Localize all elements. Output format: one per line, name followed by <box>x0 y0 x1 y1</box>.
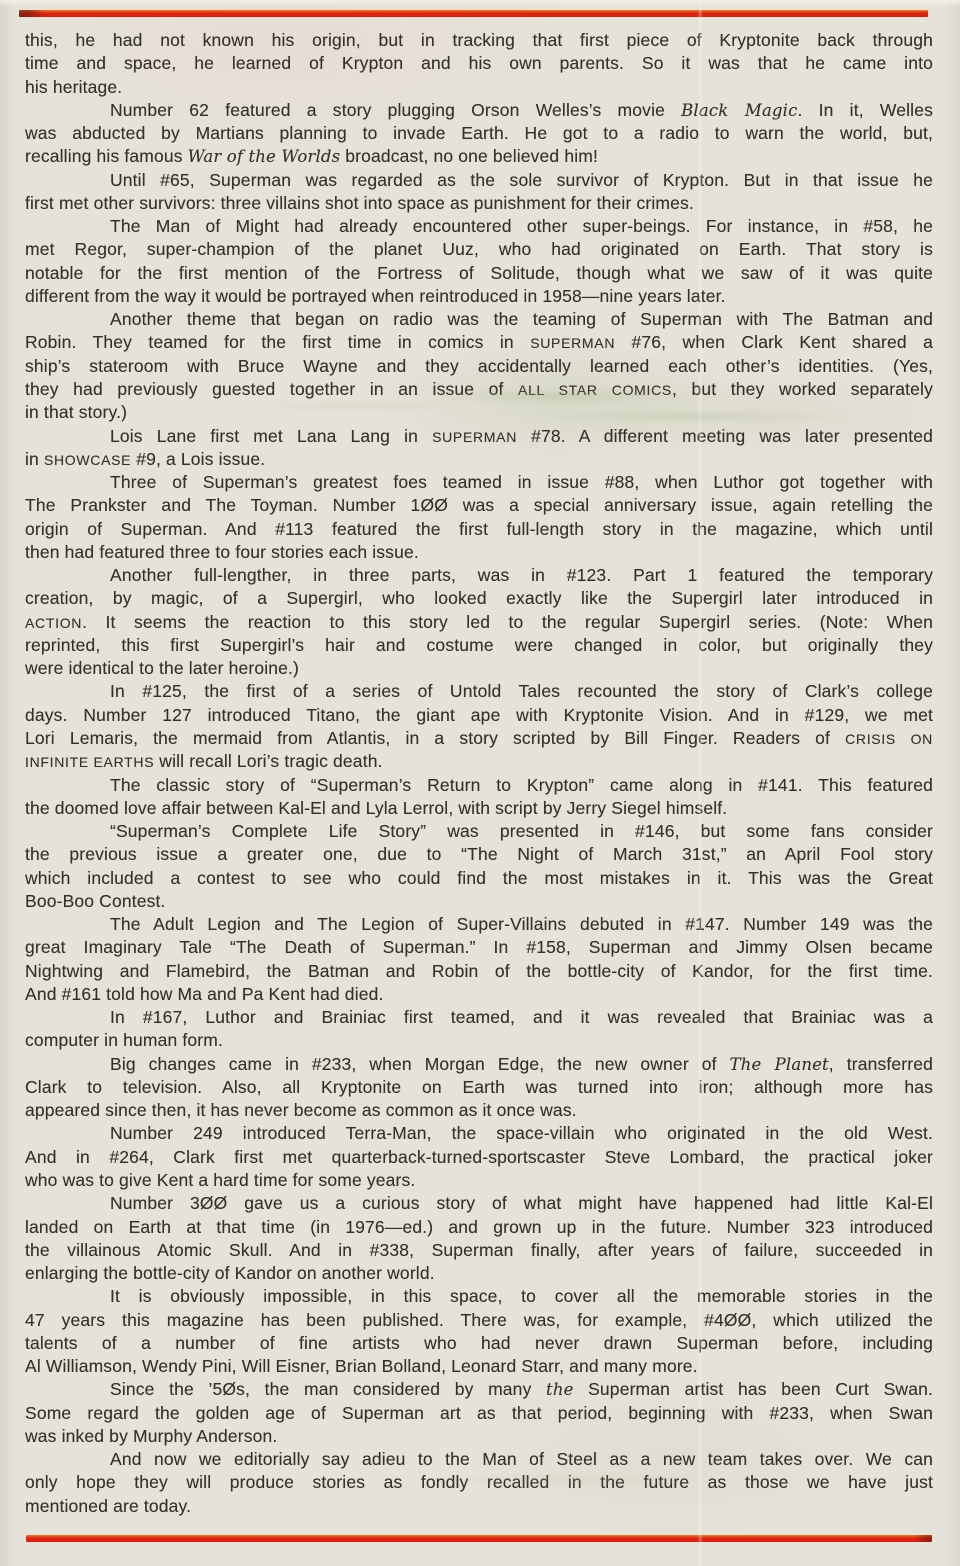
body-text: computer in human form. <box>25 1030 223 1050</box>
text-line: ship’s stateroom with Bruce Wayne and th… <box>25 355 933 378</box>
body-text: In #125, the first of a series of Untold… <box>110 681 933 701</box>
body-text: only hope they will produce stories as f… <box>25 1472 933 1492</box>
body-text: Number 3ØØ gave us a curious story of wh… <box>110 1193 933 1213</box>
article-text: this, he had not known his origin, but i… <box>25 29 933 1518</box>
body-text: Clark to television. Also, all Kryptonit… <box>25 1077 933 1097</box>
body-text: notable for the first mention of the For… <box>25 263 933 283</box>
paragraph: Number 62 featured a story plugging Orso… <box>25 99 933 169</box>
body-text: The Prankster and The Toyman. Number 1ØØ… <box>25 495 933 515</box>
text-line: then had featured three to four stories … <box>25 541 933 564</box>
paragraph: Lois Lane first met Lana Lang in SUPERMA… <box>25 425 933 472</box>
body-text: The Man of Might had already encountered… <box>110 216 933 236</box>
text-line: enlarging the bottle-city of Kandor on a… <box>25 1262 933 1285</box>
text-line: “Superman’s Complete Life Story” was pre… <box>25 820 933 843</box>
body-text: Robin. They teamed for the first time in… <box>25 332 530 352</box>
text-line: time and space, he learned of Krypton an… <box>25 52 933 75</box>
text-line: talents of a number of fine artists who … <box>25 1332 933 1355</box>
text-line: Until #65, Superman was regarded as the … <box>25 169 933 192</box>
body-text: #76, when Clark Kent shared a <box>615 332 933 352</box>
text-line: mentioned are today. <box>25 1495 933 1518</box>
scanned-magazine-page: this, he had not known his origin, but i… <box>0 0 960 1566</box>
paragraph: In #125, the first of a series of Untold… <box>25 680 933 773</box>
body-text: appeared since then, it has never become… <box>25 1100 577 1120</box>
body-text: Until #65, Superman was regarded as the … <box>110 170 933 190</box>
text-line: reprinted, this first Supergirl’s hair a… <box>25 634 933 657</box>
body-text: Some regard the golden age of Superman a… <box>25 1403 933 1423</box>
paragraph: Another theme that began on radio was th… <box>25 308 933 424</box>
body-text: reprinted, this first Supergirl’s hair a… <box>25 635 933 655</box>
text-line: Lois Lane first met Lana Lang in SUPERMA… <box>25 425 933 448</box>
body-text: “Superman’s Complete Life Story” was pre… <box>110 821 933 841</box>
paragraph: Big changes came in #233, when Morgan Ed… <box>25 1053 933 1123</box>
text-line: recalling his famous War of the Worlds b… <box>25 145 933 168</box>
body-text: this, he had not known his origin, but i… <box>25 30 933 50</box>
text-line: Al Williamson, Wendy Pini, Will Eisner, … <box>25 1355 933 1378</box>
body-text: time and space, he learned of Krypton an… <box>25 53 933 73</box>
paragraph: Number 249 introduced Terra-Man, the spa… <box>25 1122 933 1192</box>
paragraph: The classic story of “Superman’s Return … <box>25 774 933 821</box>
body-text: Another theme that began on radio was th… <box>110 309 933 329</box>
text-line: Since the ’5Øs, the man considered by ma… <box>25 1378 933 1401</box>
body-text: And in #264, Clark first met quarterback… <box>25 1147 933 1167</box>
smallcaps-title-text: INFINITE EARTHS <box>25 754 154 770</box>
text-line: first met other survivors: three villain… <box>25 192 933 215</box>
body-text: Lori Lemaris, the mermaid from Atlantis,… <box>25 728 845 748</box>
body-text: great Imaginary Tale “The Death of Super… <box>25 937 933 957</box>
text-line: Three of Superman’s greatest foes teamed… <box>25 471 933 494</box>
body-text: In #167, Luthor and Brainiac first teame… <box>110 1007 933 1027</box>
text-line: INFINITE EARTHS will recall Lori’s tragi… <box>25 750 933 773</box>
text-line: in that story.) <box>25 401 933 424</box>
body-text: was abducted by Martians planning to inv… <box>25 123 933 143</box>
paragraph: Three of Superman’s greatest foes teamed… <box>25 471 933 564</box>
text-line: The Man of Might had already encountered… <box>25 215 933 238</box>
text-line: Another full-lengther, in three parts, w… <box>25 564 933 587</box>
smallcaps-title-text: CRISIS ON <box>845 731 933 747</box>
text-line: was inked by Murphy Anderson. <box>25 1425 933 1448</box>
paragraph: And now we editorially say adieu to the … <box>25 1448 933 1518</box>
text-line: And in #264, Clark first met quarterback… <box>25 1146 933 1169</box>
text-line: landed on Earth at that time (in 1976—ed… <box>25 1216 933 1239</box>
body-text: the villainous Atomic Skull. And in #338… <box>25 1240 933 1260</box>
body-text: , transferred <box>829 1054 933 1074</box>
text-line: Number 249 introduced Terra-Man, the spa… <box>25 1122 933 1145</box>
italic-text: Black Magic <box>681 101 797 120</box>
body-text: #78. A different meeting was later prese… <box>517 426 933 446</box>
text-line: which included a contest to see who coul… <box>25 867 933 890</box>
body-text: enlarging the bottle-city of Kandor on a… <box>25 1263 435 1283</box>
body-text: who was to give Kent a hard time for som… <box>25 1170 415 1190</box>
text-line: origin of Superman. And #113 featured th… <box>25 518 933 541</box>
text-line: great Imaginary Tale “The Death of Super… <box>25 936 933 959</box>
body-text: Number 249 introduced Terra-Man, the spa… <box>110 1123 933 1143</box>
text-line: Another theme that began on radio was th… <box>25 308 933 331</box>
text-line: In #125, the first of a series of Untold… <box>25 680 933 703</box>
body-text: landed on Earth at that time (in 1976—ed… <box>25 1217 933 1237</box>
text-line: Robin. They teamed for the first time in… <box>25 331 933 354</box>
body-text: Another full-lengther, in three parts, w… <box>110 565 933 585</box>
body-text: Since the ’5Øs, the man considered by ma… <box>110 1379 546 1399</box>
body-text: will recall Lori’s tragic death. <box>154 751 382 771</box>
text-line: met Regor, super-champion of the planet … <box>25 238 933 261</box>
text-line: were identical to the later heroine.) <box>25 657 933 680</box>
text-line: Boo-Boo Contest. <box>25 890 933 913</box>
italic-text: the <box>546 1380 573 1399</box>
text-line: And #161 told how Ma and Pa Kent had die… <box>25 983 933 1006</box>
text-line: It is obviously impossible, in this spac… <box>25 1285 933 1308</box>
body-text: 47 years this magazine has been publishe… <box>25 1310 933 1330</box>
body-text: broadcast, no one believed him! <box>340 146 598 166</box>
text-line: Clark to television. Also, all Kryptonit… <box>25 1076 933 1099</box>
body-text: Boo-Boo Contest. <box>25 891 166 911</box>
body-text: The classic story of “Superman’s Return … <box>110 775 933 795</box>
text-line: In #167, Luthor and Brainiac first teame… <box>25 1006 933 1029</box>
body-text: they had previously guested together in … <box>25 379 518 399</box>
paragraph: The Man of Might had already encountered… <box>25 215 933 308</box>
paragraph: It is obviously impossible, in this spac… <box>25 1285 933 1378</box>
body-text: different from the way it would be portr… <box>25 286 726 306</box>
text-line: creation, by magic, of a Supergirl, who … <box>25 587 933 610</box>
body-text: in <box>25 449 44 469</box>
paragraph: Since the ’5Øs, the man considered by ma… <box>25 1378 933 1448</box>
text-line: in SHOWCASE #9, a Lois issue. <box>25 448 933 471</box>
body-text: And now we editorially say adieu to the … <box>110 1449 933 1469</box>
text-line: days. Number 127 introduced Titano, the … <box>25 704 933 727</box>
body-text: recalling his famous <box>25 146 188 166</box>
smallcaps-title-text: SUPERMAN <box>530 335 615 351</box>
text-line: notable for the first mention of the For… <box>25 262 933 285</box>
body-text: . In it, Welles <box>797 100 933 120</box>
text-line: 47 years this magazine has been publishe… <box>25 1309 933 1332</box>
text-line: And now we editorially say adieu to the … <box>25 1448 933 1471</box>
body-text: his heritage. <box>25 77 122 97</box>
body-text: ship’s stateroom with Bruce Wayne and th… <box>25 356 933 376</box>
italic-text: War of the Worlds <box>188 147 341 166</box>
paragraph: Number 3ØØ gave us a curious story of wh… <box>25 1192 933 1285</box>
body-text: And #161 told how Ma and Pa Kent had die… <box>25 984 384 1004</box>
body-text: met Regor, super-champion of the planet … <box>25 239 933 259</box>
body-text: talents of a number of fine artists who … <box>25 1333 933 1353</box>
body-text: days. Number 127 introduced Titano, the … <box>25 705 933 725</box>
text-line: The Adult Legion and The Legion of Super… <box>25 913 933 936</box>
body-text: , but they worked separately <box>672 379 933 399</box>
paragraph: In #167, Luthor and Brainiac first teame… <box>25 1006 933 1053</box>
body-text: mentioned are today. <box>25 1496 191 1516</box>
body-text: Three of Superman’s greatest foes teamed… <box>110 472 933 492</box>
body-text: origin of Superman. And #113 featured th… <box>25 519 933 539</box>
text-line: appeared since then, it has never become… <box>25 1099 933 1122</box>
smallcaps-title-text: ALL STAR COMICS <box>518 382 672 398</box>
text-line: only hope they will produce stories as f… <box>25 1471 933 1494</box>
body-text: Superman artist has been Curt Swan. <box>574 1379 933 1399</box>
body-text: the doomed love affair between Kal-El an… <box>25 798 727 818</box>
text-line: ACTION. It seems the reaction to this st… <box>25 611 933 634</box>
body-text: Big changes came in #233, when Morgan Ed… <box>110 1054 730 1074</box>
body-text: was inked by Murphy Anderson. <box>25 1426 277 1446</box>
text-line: was abducted by Martians planning to inv… <box>25 122 933 145</box>
text-line: they had previously guested together in … <box>25 378 933 401</box>
text-line: the doomed love affair between Kal-El an… <box>25 797 933 820</box>
smallcaps-title-text: ACTION <box>25 615 82 631</box>
text-line: different from the way it would be portr… <box>25 285 933 308</box>
body-text: Lois Lane first met Lana Lang in <box>110 426 432 446</box>
text-line: the villainous Atomic Skull. And in #338… <box>25 1239 933 1262</box>
text-line: Lori Lemaris, the mermaid from Atlantis,… <box>25 727 933 750</box>
text-line: The classic story of “Superman’s Return … <box>25 774 933 797</box>
body-text: . It seems the reaction to this story le… <box>82 612 933 632</box>
paragraph: this, he had not known his origin, but i… <box>25 29 933 99</box>
text-line: computer in human form. <box>25 1029 933 1052</box>
body-text: creation, by magic, of a Supergirl, who … <box>25 588 933 608</box>
body-text: first met other survivors: three villain… <box>25 193 694 213</box>
body-text: Al Williamson, Wendy Pini, Will Eisner, … <box>25 1356 698 1376</box>
body-text: which included a contest to see who coul… <box>25 868 933 888</box>
text-line: who was to give Kent a hard time for som… <box>25 1169 933 1192</box>
smallcaps-title-text: SUPERMAN <box>432 429 517 445</box>
top-red-rule <box>19 10 928 17</box>
text-line: his heritage. <box>25 76 933 99</box>
body-text: It is obviously impossible, in this spac… <box>110 1286 933 1306</box>
text-line: this, he had not known his origin, but i… <box>25 29 933 52</box>
smallcaps-title-text: SHOWCASE <box>44 452 131 468</box>
text-line: Number 3ØØ gave us a curious story of wh… <box>25 1192 933 1215</box>
italic-text: The Planet <box>730 1055 829 1074</box>
text-line: the previous issue a greater one, due to… <box>25 843 933 866</box>
body-text: in that story.) <box>25 402 127 422</box>
body-text: Number 62 featured a story plugging Orso… <box>110 100 681 120</box>
paragraph: Another full-lengther, in three parts, w… <box>25 564 933 680</box>
text-line: Nightwing and Flamebird, the Batman and … <box>25 960 933 983</box>
text-line: Big changes came in #233, when Morgan Ed… <box>25 1053 933 1076</box>
body-text: Nightwing and Flamebird, the Batman and … <box>25 961 933 981</box>
body-text: then had featured three to four stories … <box>25 542 419 562</box>
body-text: were identical to the later heroine.) <box>25 658 299 678</box>
paragraph: Until #65, Superman was regarded as the … <box>25 169 933 216</box>
text-line: Some regard the golden age of Superman a… <box>25 1402 933 1425</box>
text-line: Number 62 featured a story plugging Orso… <box>25 99 933 122</box>
body-text: #9, a Lois issue. <box>131 449 265 469</box>
bottom-red-rule <box>26 1535 932 1542</box>
body-text: The Adult Legion and The Legion of Super… <box>110 914 933 934</box>
body-text: the previous issue a greater one, due to… <box>25 844 933 864</box>
text-line: The Prankster and The Toyman. Number 1ØØ… <box>25 494 933 517</box>
paragraph: The Adult Legion and The Legion of Super… <box>25 913 933 1006</box>
paragraph: “Superman’s Complete Life Story” was pre… <box>25 820 933 913</box>
